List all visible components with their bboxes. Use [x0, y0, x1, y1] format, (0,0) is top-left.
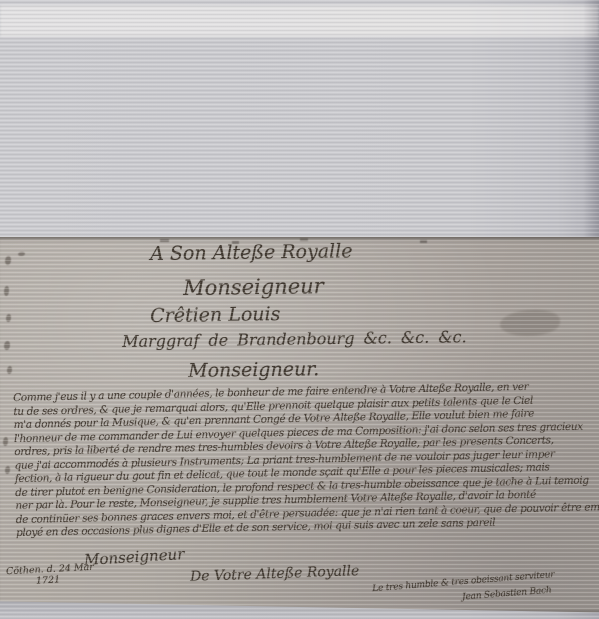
paper-edge-speck [160, 239, 169, 242]
background-right-shadow [583, 0, 599, 240]
place-date-line2: 1721 [36, 574, 61, 586]
background-light-band [0, 5, 599, 37]
heading-line-name: Crêtien Louis [150, 303, 281, 327]
paper-edge-speck [420, 240, 427, 243]
letter-body: Comme j'eus il y a une couple d'années, … [13, 379, 594, 540]
heading-line-salutation: Monseigneur. [188, 358, 319, 382]
heading-line-addressee: A Son Alteße Royalle [150, 240, 353, 265]
photo-of-manuscript: A Son Alteße Royalle Monseigneur Crêtien… [0, 0, 599, 619]
heading-line-monseigneur: Monseigneur [183, 274, 324, 300]
